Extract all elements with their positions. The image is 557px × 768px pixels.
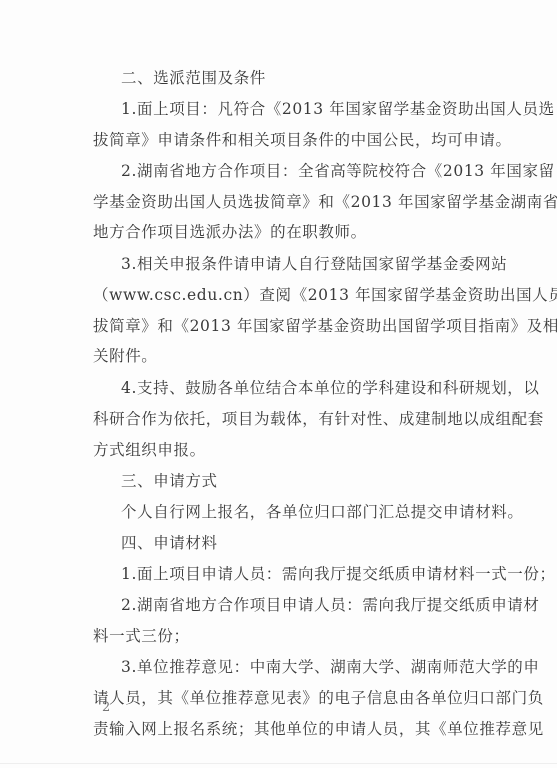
section-heading-application-materials: 四、申请材料 [121, 533, 501, 553]
paragraph-line: 1.面上项目申请人员：需向我厅提交纸质申请材料一式一份； [121, 564, 501, 584]
paragraph-line: 料一式三份； [93, 626, 473, 646]
paragraph-line: 拔简章》和《2013 年国家留学基金资助出国留学项目指南》及相 [93, 316, 473, 336]
paragraph-line: 关附件。 [93, 346, 473, 366]
section-heading-application-method: 三、申请方式 [121, 471, 501, 491]
paragraph-line: 个人自行网上报名，各单位归口部门汇总提交申请材料。 [121, 502, 501, 522]
paragraph-line: （www.csc.edu.cn）查阅《2013 年国家留学基金资助出国人员选 [93, 285, 473, 305]
section-heading-selection-scope: 二、选派范围及条件 [121, 68, 501, 88]
paragraph-line: 2.湖南省地方合作项目：全省高等院校符合《2013 年国家留 [121, 161, 501, 181]
page-bottom-edge [0, 763, 557, 764]
paragraph-line: 请人员，其《单位推荐意见表》的电子信息由各单位归口部门负 [93, 688, 473, 708]
paragraph-line: 4.支持、鼓励各单位结合本单位的学科建设和科研规划，以 [121, 378, 501, 398]
paragraph-line: 方式组织申报。 [93, 440, 473, 460]
paragraph-line: 学基金资助出国人员选拔简章》和《2013 年国家留学基金湖南省 [93, 192, 473, 212]
paragraph-line: 1.面上项目：凡符合《2013 年国家留学基金资助出国人员选 [121, 99, 501, 119]
paragraph-line: 3.单位推荐意见：中南大学、湖南大学、湖南师范大学的申 [121, 657, 501, 677]
paragraph-line: 拔简章》申请条件和相关项目条件的中国公民，均可申请。 [93, 130, 473, 150]
paragraph-line: 科研合作为依托，项目为载体，有针对性、成建制地以成组配套 [93, 409, 473, 429]
paragraph-line: 2.湖南省地方合作项目申请人员：需向我厅提交纸质申请材 [121, 595, 501, 615]
paragraph-line: 3.相关申报条件请申请人自行登陆国家留学基金委网站 [121, 254, 501, 274]
paragraph-line: 责输入网上报名系统；其他单位的申请人员，其《单位推荐意见 [93, 719, 473, 739]
paragraph-line: 地方合作项目选派办法》的在职教师。 [93, 222, 473, 242]
document-page: 二、选派范围及条件 1.面上项目：凡符合《2013 年国家留学基金资助出国人员选… [0, 0, 557, 768]
page-number: 2 [102, 700, 110, 715]
